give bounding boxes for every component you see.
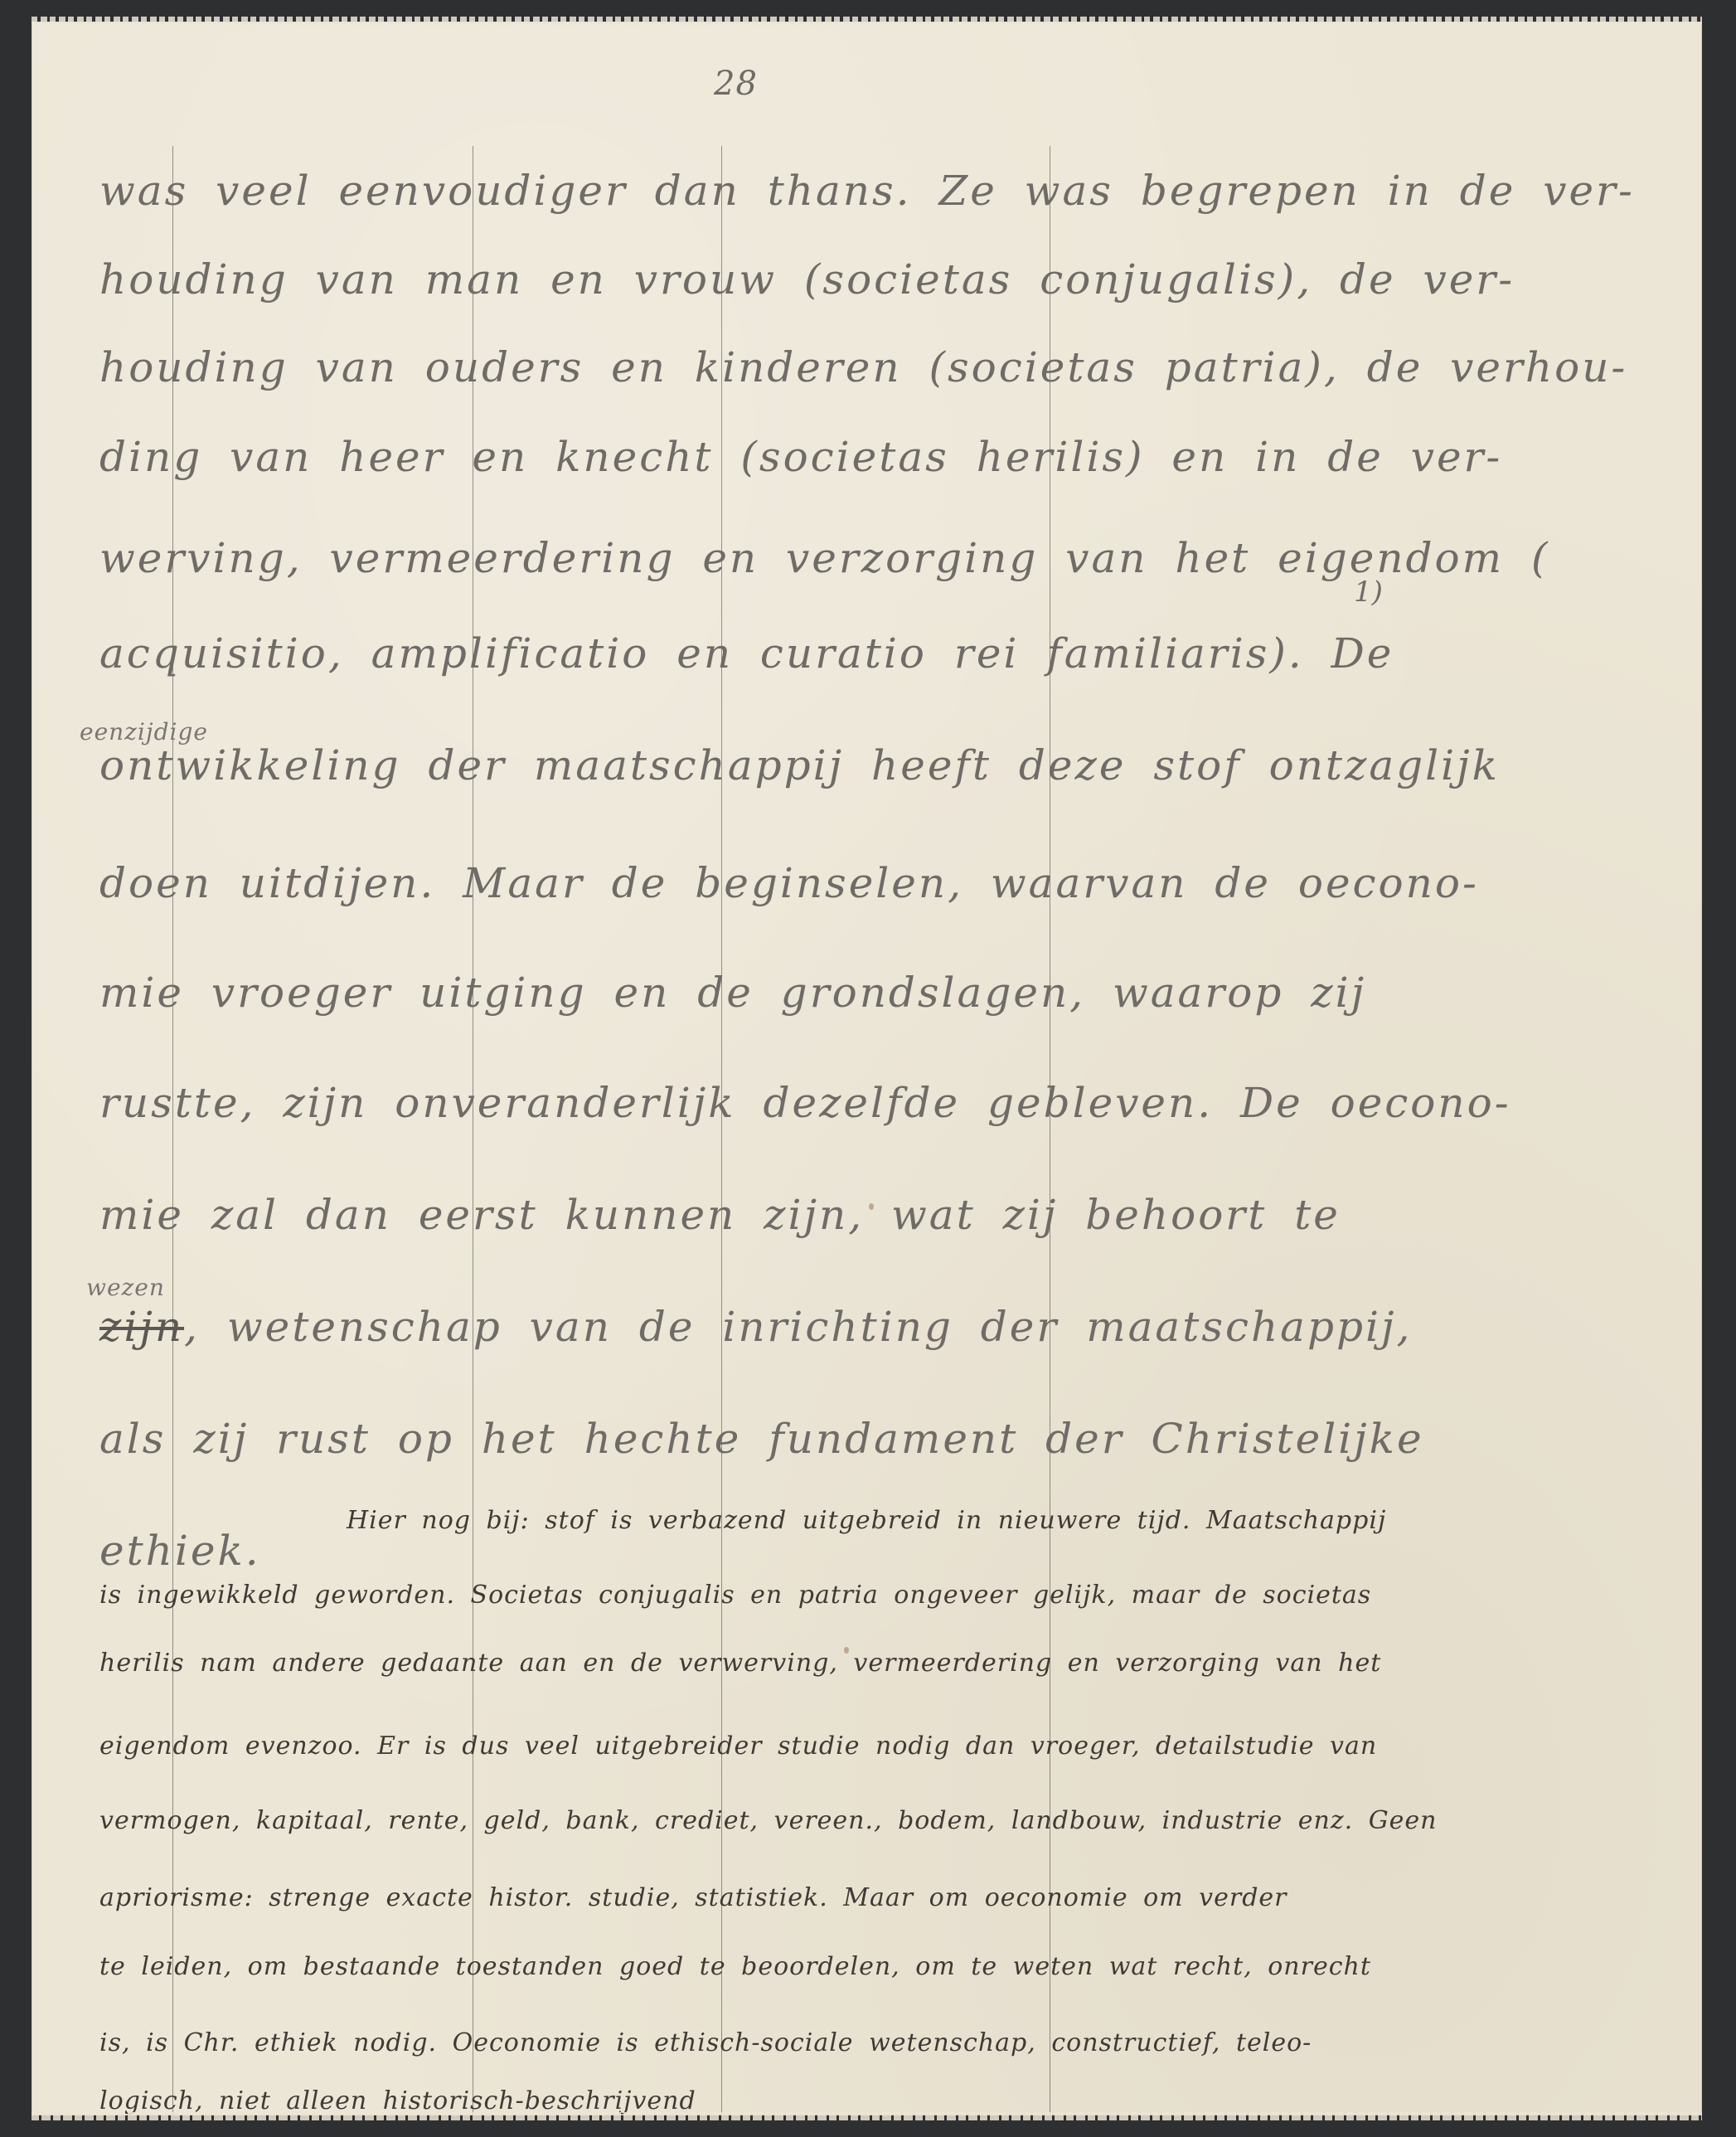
text-line-remainder: , wetenschap van de inrichting der maats… bbox=[184, 1303, 1412, 1351]
page-number: 28 bbox=[714, 65, 758, 103]
addendum-line: apriorisme: strenge exacte histor. studi… bbox=[99, 1883, 1287, 1912]
foxing-spot bbox=[869, 1203, 874, 1210]
addendum-line: te leiden, om bestaande toestanden goed … bbox=[99, 1952, 1371, 1981]
text-line: ethiek. bbox=[99, 1527, 261, 1575]
addendum-line: is, is Chr. ethiek nodig. Oeconomie is e… bbox=[99, 2028, 1312, 2057]
text-line: doen uitdijen. Maar de beginselen, waarv… bbox=[99, 859, 1479, 907]
text-line: rustte, zijn onveranderlijk dezelfde geb… bbox=[99, 1079, 1511, 1127]
footnote-marker: 1) bbox=[1354, 576, 1383, 609]
text-line-12: zijn, wetenschap van de inrichting der m… bbox=[99, 1303, 1412, 1351]
addendum-line: Hier nog bij: stof is verbazend uitgebre… bbox=[347, 1506, 1386, 1535]
text-line: ding van heer en knecht (societas herili… bbox=[99, 433, 1502, 481]
struck-word: zijn bbox=[99, 1303, 184, 1351]
text-line: acquisitio, amplificatio en curatio rei … bbox=[99, 629, 1394, 678]
text-line: ontwikkeling der maatschappij heeft deze… bbox=[99, 741, 1500, 789]
interlinear-insertion: wezen bbox=[86, 1274, 165, 1301]
text-line: als zij rust op het hechte fundament der… bbox=[99, 1415, 1424, 1463]
addendum-line: logisch, niet alleen historisch-beschrij… bbox=[99, 2086, 696, 2115]
manuscript-page: 28 was veel eenvoudiger dan thans. Ze wa… bbox=[32, 22, 1702, 2115]
foxing-spot bbox=[844, 1647, 849, 1654]
text-line: houding van ouders en kinderen (societas… bbox=[99, 343, 1627, 391]
text-line: mie vroeger uitging en de grondslagen, w… bbox=[99, 969, 1366, 1017]
addendum-line: eigendom evenzoo. Er is dus veel uitgebr… bbox=[99, 1731, 1377, 1761]
text-line: mie zal dan eerst kunnen zijn, wat zij b… bbox=[99, 1191, 1341, 1239]
addendum-line: is ingewikkeld geworden. Societas conjug… bbox=[99, 1581, 1371, 1610]
text-line: was veel eenvoudiger dan thans. Ze was b… bbox=[99, 167, 1635, 215]
text-line: houding van man en vrouw (societas conju… bbox=[99, 255, 1515, 304]
addendum-line: herilis nam andere gedaante aan en de ve… bbox=[99, 1649, 1381, 1678]
addendum-line: vermogen, kapitaal, rente, geld, bank, c… bbox=[99, 1806, 1438, 1835]
text-line: werving, vermeerdering en verzorging van… bbox=[99, 534, 1549, 582]
